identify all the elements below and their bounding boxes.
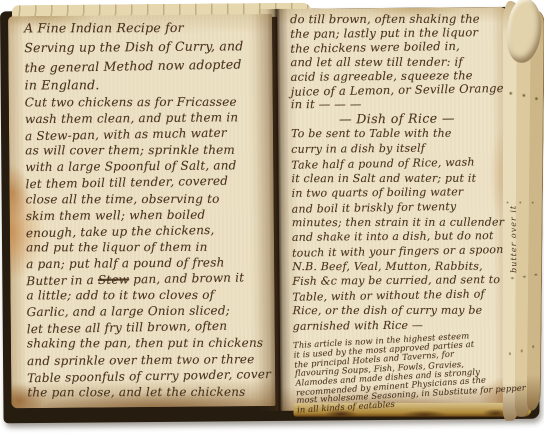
line-fragment: Butter in a bbox=[26, 273, 98, 288]
fore-edge-page-stack: butter over it bbox=[501, 0, 544, 429]
cramped-footnote: This article is now in the highest estee… bbox=[293, 329, 509, 415]
manuscript-line: Table spoonfuls of curry powder, cover bbox=[27, 366, 273, 386]
recipe-title: A Fine Indian Recipe for Serving up the … bbox=[24, 17, 271, 95]
manuscript-line: in it — — — bbox=[291, 97, 503, 112]
manuscript-line: Cut two chickens as for Fricassee bbox=[25, 94, 271, 111]
manuscript-line: Take half a pound of Rice, wash bbox=[291, 155, 503, 173]
manuscript-line: the pan close, and let the chickens bbox=[27, 383, 273, 400]
manuscript-line: and put the liquor of them in bbox=[26, 239, 272, 256]
manuscript-line: the chickens were boiled in, bbox=[290, 38, 502, 56]
manuscript-line: as will cover them; sprinkle them bbox=[25, 142, 271, 159]
manuscript-line: N.B. Beef, Veal, Mutton, Rabbits, bbox=[292, 259, 504, 274]
recipe-continuation: do till brown, often shaking the the pan… bbox=[290, 11, 503, 112]
open-book: butter over it A Fine Indian Recipe for … bbox=[0, 0, 544, 437]
manuscript-line: close all the time, observing to bbox=[26, 190, 272, 207]
manuscript-line: Rice, or the dish of curry may be bbox=[293, 303, 505, 318]
fore-edge-vertical-text: butter over it bbox=[508, 83, 519, 273]
manuscript-photo: butter over it A Fine Indian Recipe for … bbox=[0, 0, 544, 437]
manuscript-line: the general Method now adopted bbox=[24, 54, 270, 77]
manuscript-line: shaking the pan, then put in chickens bbox=[27, 335, 273, 352]
line-fragment: pan, and brown it bbox=[129, 270, 244, 286]
left-page-text: A Fine Indian Recipe for Serving up the … bbox=[24, 17, 273, 401]
manuscript-line: and boil it briskly for twenty bbox=[292, 199, 504, 217]
manuscript-line: a little; add to it two cloves of bbox=[26, 287, 272, 304]
manuscript-line: let them boil till tender, covered bbox=[25, 172, 271, 192]
manuscript-line: it clean in Salt and water; put it bbox=[291, 171, 503, 186]
manuscript-line: do till brown, often shaking the bbox=[290, 12, 502, 27]
manuscript-line: To be sent to Table with the bbox=[291, 127, 503, 142]
recipe-body: Cut two chickens as for Fricassee wash t… bbox=[25, 93, 274, 401]
page-edge-strip bbox=[527, 11, 544, 411]
right-page-text: do till brown, often shaking the the pan… bbox=[290, 11, 506, 416]
struck-out-word: Stew bbox=[98, 272, 129, 287]
manuscript-line: in England. bbox=[25, 75, 271, 95]
manuscript-line: A Fine Indian Recipe for bbox=[24, 18, 270, 38]
rice-instructions: To be sent to Table with the curry in a … bbox=[291, 126, 505, 334]
manuscript-line: minutes; then strain it in a cullender bbox=[292, 215, 504, 230]
manuscript-line: and let all stew till tender: if bbox=[290, 54, 502, 69]
section-heading-dish-of-rice: — Dish of Rice — bbox=[291, 110, 503, 128]
